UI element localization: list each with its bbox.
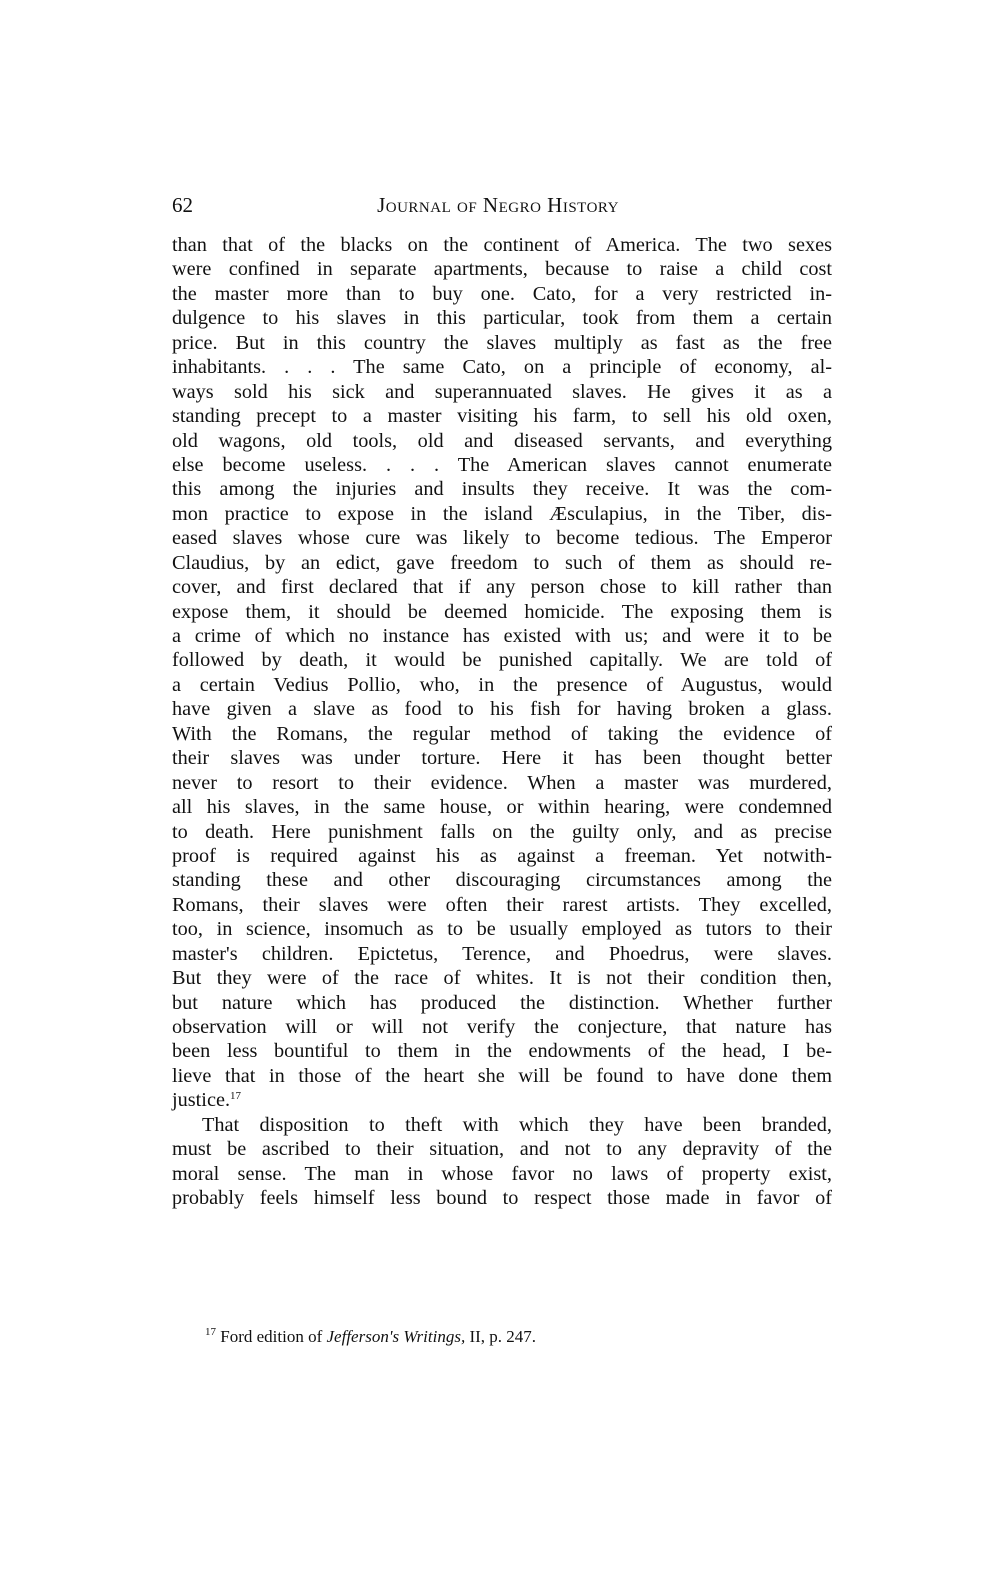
paragraph-2: That disposition to theft with which the…: [172, 1113, 832, 1211]
text-line: With the Romans, the regular method of t…: [172, 722, 832, 746]
text-line: a certain Vedius Pollio, who, in the pre…: [172, 673, 832, 697]
text-line: expose them, it should be deemed homicid…: [172, 600, 832, 624]
text-line: been less bountiful to them in the endow…: [172, 1039, 832, 1063]
footnote-suffix: II, p. 247.: [465, 1327, 536, 1346]
text-line: master's children. Epictetus, Terence, a…: [172, 942, 832, 966]
text-line: But they were of the race of whites. It …: [172, 966, 832, 990]
text-line: lieve that in those of the heart she wil…: [172, 1064, 832, 1088]
text-line: mon practice to expose in the island Æsc…: [172, 502, 832, 526]
footnote-title: Jefferson's Writings,: [327, 1327, 466, 1346]
text-line: justice.17: [172, 1088, 832, 1112]
paragraph-end-text: justice.: [172, 1089, 230, 1111]
text-line: standing these and other discouraging ci…: [172, 868, 832, 892]
text-line: Romans, their slaves were often their ra…: [172, 893, 832, 917]
text-line: never to resort to their evidence. When …: [172, 771, 832, 795]
text-line: their slaves was under torture. Here it …: [172, 746, 832, 770]
footnote-reference[interactable]: 17: [230, 1090, 241, 1102]
text-line: dulgence to his slaves in this particula…: [172, 306, 832, 330]
text-line: ways sold his sick and superannuated sla…: [172, 380, 832, 404]
text-line: probably feels himself less bound to res…: [172, 1186, 832, 1210]
text-line: That disposition to theft with which the…: [172, 1113, 832, 1137]
page-header: 62 Journal of Negro History: [172, 193, 824, 223]
text-line: observation will or will not verify the …: [172, 1015, 832, 1039]
body-text: than that of the blacks on the continent…: [172, 233, 832, 1211]
text-line: Claudius, by an edict, gave freedom to s…: [172, 551, 832, 575]
text-line: else become useless. . . . The American …: [172, 453, 832, 477]
text-line: to death. Here punishment falls on the g…: [172, 820, 832, 844]
text-line: inhabitants. . . . The same Cato, on a p…: [172, 355, 832, 379]
text-line: must be ascribed to their situation, and…: [172, 1137, 832, 1161]
text-line: the master more than to buy one. Cato, f…: [172, 282, 832, 306]
document-page: 62 Journal of Negro History than that of…: [0, 0, 1000, 1575]
text-line: all his slaves, in the same house, or wi…: [172, 795, 832, 819]
footnote-prefix: Ford edition of: [220, 1327, 326, 1346]
text-line: followed by death, it would be punished …: [172, 648, 832, 672]
text-line: but nature which has produced the distin…: [172, 991, 832, 1015]
footnote-number: 17: [205, 1326, 216, 1338]
text-line: have given a slave as food to his fish f…: [172, 697, 832, 721]
text-line: moral sense. The man in whose favor no l…: [172, 1162, 832, 1186]
text-line: too, in science, insomuch as to be usual…: [172, 917, 832, 941]
text-line: proof is required against his as against…: [172, 844, 832, 868]
text-line: cover, and first declared that if any pe…: [172, 575, 832, 599]
text-line: a crime of which no instance has existed…: [172, 624, 832, 648]
text-line: old wagons, old tools, old and diseased …: [172, 429, 832, 453]
running-title: Journal of Negro History: [172, 193, 824, 218]
text-line: this among the injuries and insults they…: [172, 477, 832, 501]
paragraph-1: than that of the blacks on the continent…: [172, 233, 832, 1113]
text-line: standing precept to a master visiting hi…: [172, 404, 832, 428]
text-line: than that of the blacks on the continent…: [172, 233, 832, 257]
text-line: were confined in separate apartments, be…: [172, 257, 832, 281]
text-line: eased slaves whose cure was likely to be…: [172, 526, 832, 550]
footnote: 17 Ford edition of Jefferson's Writings,…: [205, 1327, 536, 1347]
text-line: price. But in this country the slaves mu…: [172, 331, 832, 355]
